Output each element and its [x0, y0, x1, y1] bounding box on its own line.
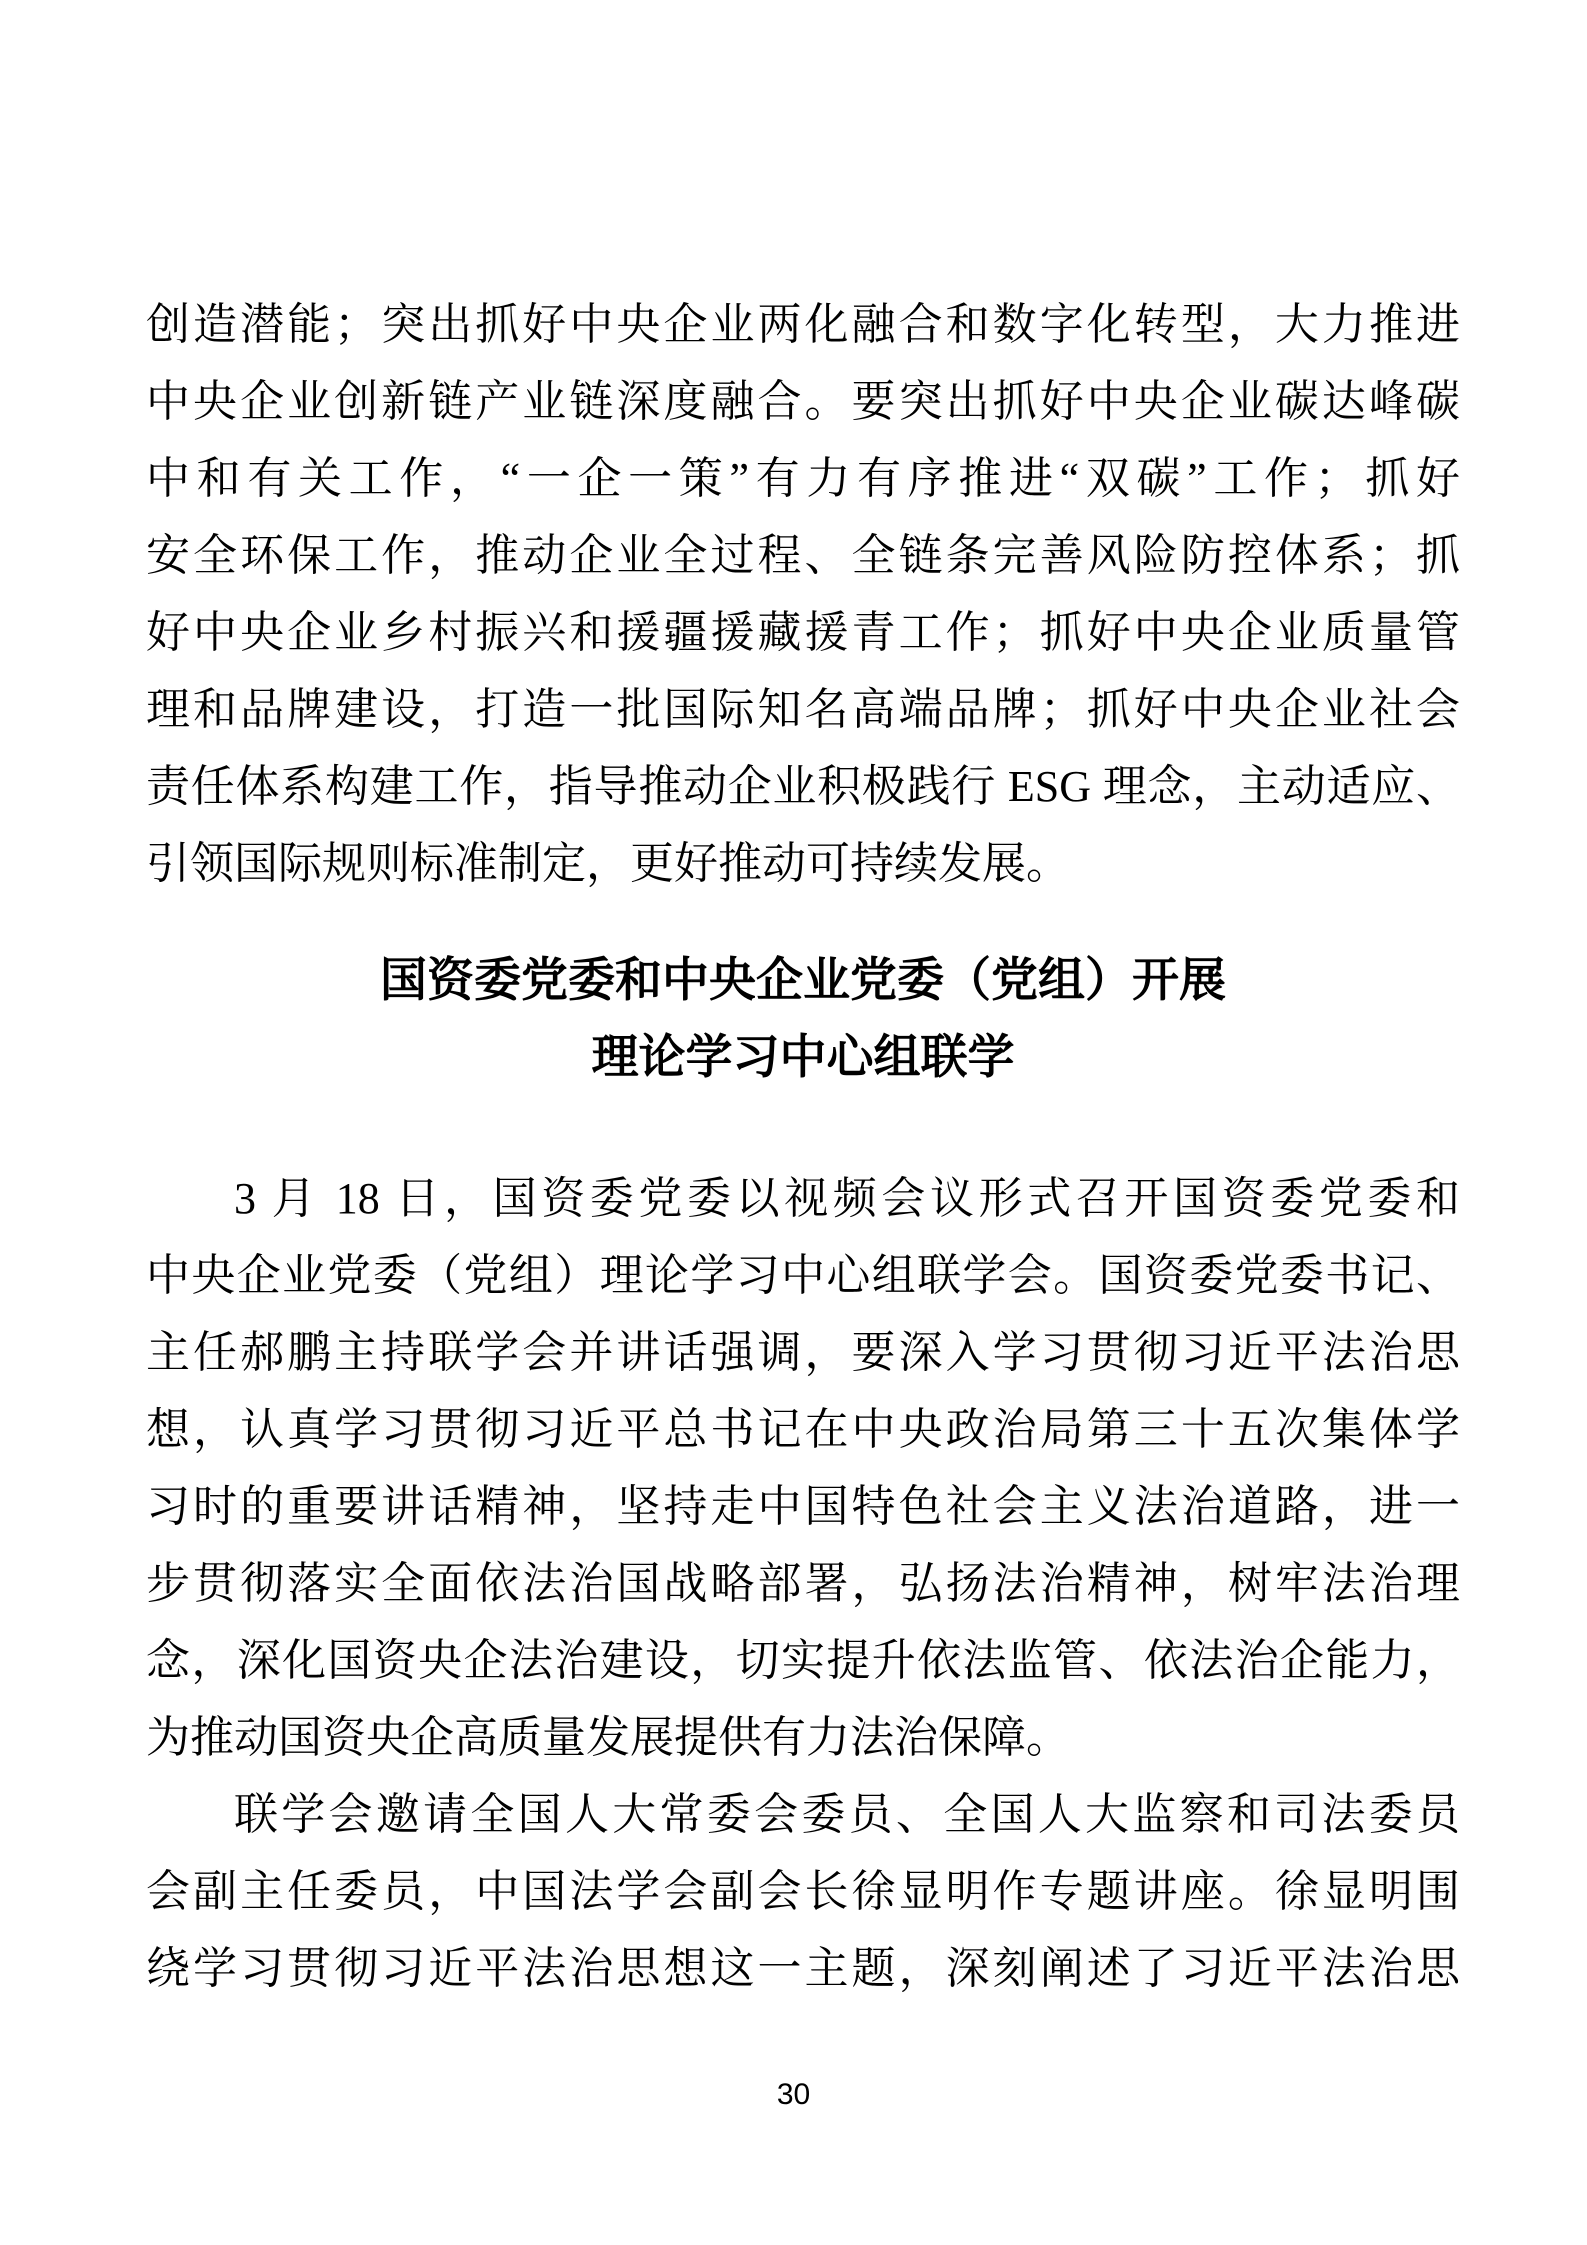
- paragraph-1: 创造潜能；突出抓好中央企业两化融合和数字化转型，大力推进 中央企业创新链产业链深…: [146, 286, 1460, 902]
- text-line: 想，认真学习贯彻习近平总书记在中央政治局第三十五次集体学: [146, 1391, 1460, 1468]
- section-heading-line: 国资委党委和中央企业党委（党组）开展: [146, 943, 1460, 1020]
- text-line: 绕学习贯彻习近平法治思想这一主题，深刻阐述了习近平法治思: [146, 1930, 1460, 2007]
- paragraph-2: 3 月 18 日，国资委党委以视频会议形式召开国资委党委和 中央企业党委（党组）…: [146, 1160, 1460, 1776]
- text-line: 理和品牌建设，打造一批国际知名高端品牌；抓好中央企业社会: [146, 671, 1460, 748]
- text-line: 步贯彻落实全面依法治国战略部署，弘扬法治精神，树牢法治理: [146, 1545, 1460, 1622]
- text-line: 引领国际规则标准制定，更好推动可持续发展。: [146, 825, 1460, 902]
- text-line: 联学会邀请全国人大常委会委员、全国人大监察和司法委员: [146, 1776, 1460, 1853]
- text-line: 中央企业党委（党组）理论学习中心组联学会。国资委党委书记、: [146, 1237, 1460, 1314]
- text-line: 为推动国资央企高质量发展提供有力法治保障。: [146, 1699, 1460, 1776]
- text-line: 主任郝鹏主持联学会并讲话强调，要深入学习贯彻习近平法治思: [146, 1314, 1460, 1391]
- text-line: 中央企业创新链产业链深度融合。要突出抓好中央企业碳达峰碳: [146, 363, 1460, 440]
- section-heading-line: 理论学习中心组联学: [146, 1020, 1460, 1097]
- paragraph-3: 联学会邀请全国人大常委会委员、全国人大监察和司法委员 会副主任委员，中国法学会副…: [146, 1776, 1460, 2007]
- text-line: 念，深化国资央企法治建设，切实提升依法监管、依法治企能力，: [146, 1622, 1460, 1699]
- section-heading: 国资委党委和中央企业党委（党组）开展 理论学习中心组联学: [146, 943, 1460, 1097]
- text-line: 好中央企业乡村振兴和援疆援藏援青工作；抓好中央企业质量管: [146, 594, 1460, 671]
- page-number: 30: [0, 2078, 1587, 2112]
- text-line: 会副主任委员，中国法学会副会长徐显明作专题讲座。徐显明围: [146, 1853, 1460, 1930]
- document-page: 创造潜能；突出抓好中央企业两化融合和数字化转型，大力推进 中央企业创新链产业链深…: [0, 0, 1587, 2245]
- text-line: 安全环保工作，推动企业全过程、全链条完善风险防控体系；抓: [146, 517, 1460, 594]
- text-line: 创造潜能；突出抓好中央企业两化融合和数字化转型，大力推进: [146, 286, 1460, 363]
- text-line: 3 月 18 日，国资委党委以视频会议形式召开国资委党委和: [146, 1160, 1460, 1237]
- text-line: 责任体系构建工作，指导推动企业积极践行 ESG 理念，主动适应、: [146, 748, 1460, 825]
- text-line: 中和有关工作，“一企一策”有力有序推进“双碳”工作；抓好: [146, 440, 1460, 517]
- document-body: 创造潜能；突出抓好中央企业两化融合和数字化转型，大力推进 中央企业创新链产业链深…: [146, 286, 1460, 2007]
- text-line: 习时的重要讲话精神，坚持走中国特色社会主义法治道路，进一: [146, 1468, 1460, 1545]
